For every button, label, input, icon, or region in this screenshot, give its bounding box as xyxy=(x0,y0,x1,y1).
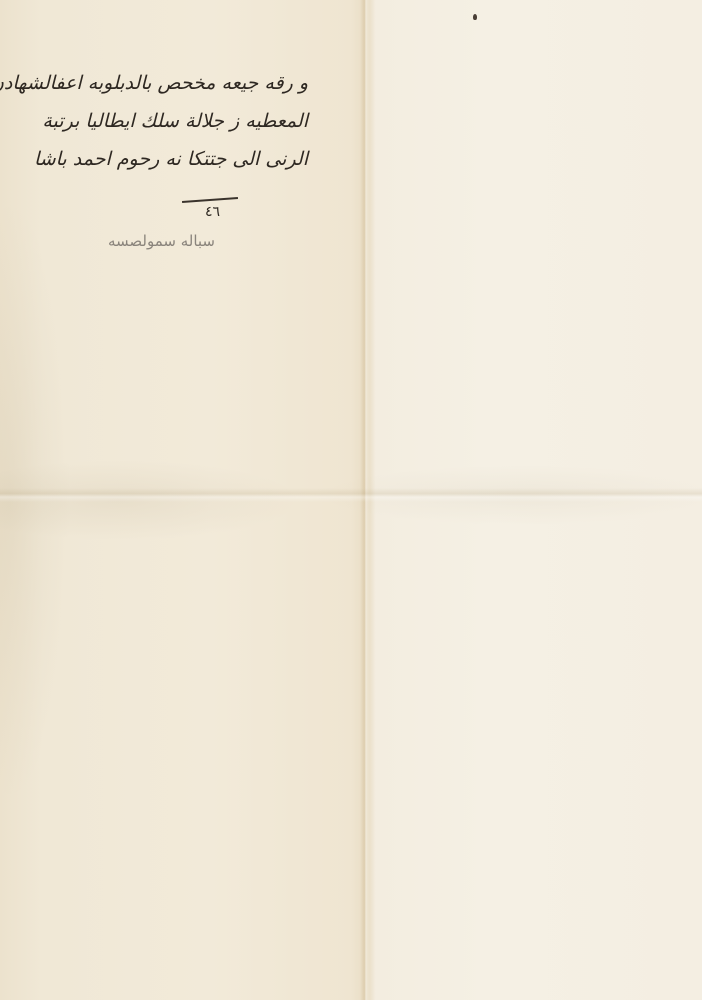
page-number: ٤٦ xyxy=(205,204,220,220)
text-line-2: المعطيه ز جلالة سلك ايطاليا برتبة xyxy=(42,110,308,132)
pencil-annotation: سباله سمولصسه xyxy=(70,232,215,250)
horizontal-fold-line xyxy=(0,488,702,502)
text-line-3: الرنى الى جتتكا نه رحوم احمد باشا xyxy=(34,148,308,170)
handwritten-text-block: و رقه جيعه مخحص بالدبلوبه اعفالشهادن الم… xyxy=(40,72,308,192)
text-line-1: و رقه جيعه مخحص بالدبلوبه اعفالشهادن xyxy=(0,72,308,94)
ink-speck xyxy=(473,14,477,20)
document-page: و رقه جيعه مخحص بالدبلوبه اعفالشهادن الم… xyxy=(0,0,702,1000)
